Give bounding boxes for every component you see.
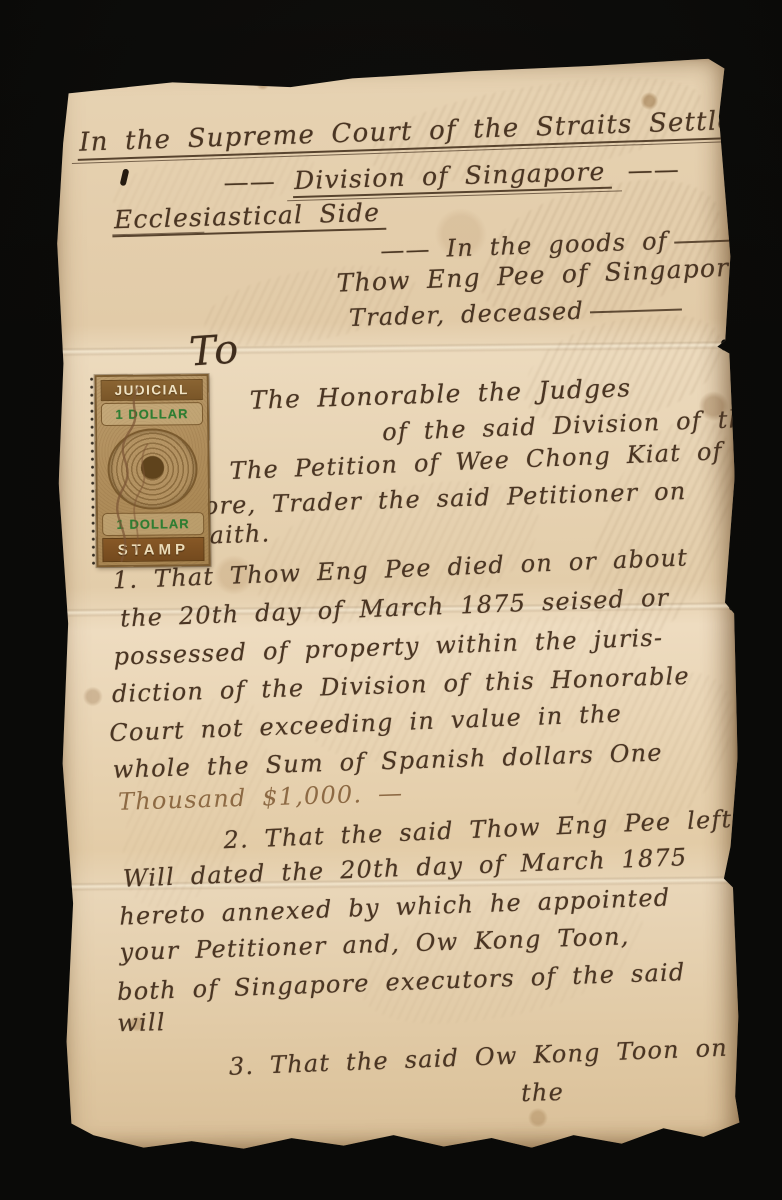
stamp-value-top: 1 DOLLAR: [101, 402, 203, 426]
stamp-bottom-label: STAMP: [102, 537, 204, 562]
address-to: To: [188, 326, 241, 375]
text-line: the: [521, 1078, 565, 1107]
text-line: 3. That the said Ow Kong Toon on: [228, 1034, 728, 1081]
judicial-stamp: JUDICIAL 1 DOLLAR 1 DOLLAR STAMP: [95, 374, 211, 567]
header-side-line: Ecclesiastical Side: [112, 198, 387, 235]
document-page: In the Supreme Court of the Straits Sett…: [52, 56, 741, 1155]
stamp-value-bottom: 1 DOLLAR: [102, 512, 204, 536]
stamp-top-label: JUDICIAL: [101, 379, 203, 401]
edge-tear: [729, 601, 739, 610]
stamp-perforation: [89, 375, 97, 567]
text-line: will: [117, 1008, 166, 1037]
side-line-text: Ecclesiastical Side: [112, 198, 387, 238]
edge-tear: [721, 339, 735, 350]
stamp-seal-icon: [107, 428, 198, 510]
photo-background: In the Supreme Court of the Straits Sett…: [0, 0, 782, 1200]
descr-text: Trader, deceased: [349, 297, 585, 332]
division-line-text: Division of Singapore: [292, 157, 612, 198]
edge-tear: [733, 875, 742, 884]
